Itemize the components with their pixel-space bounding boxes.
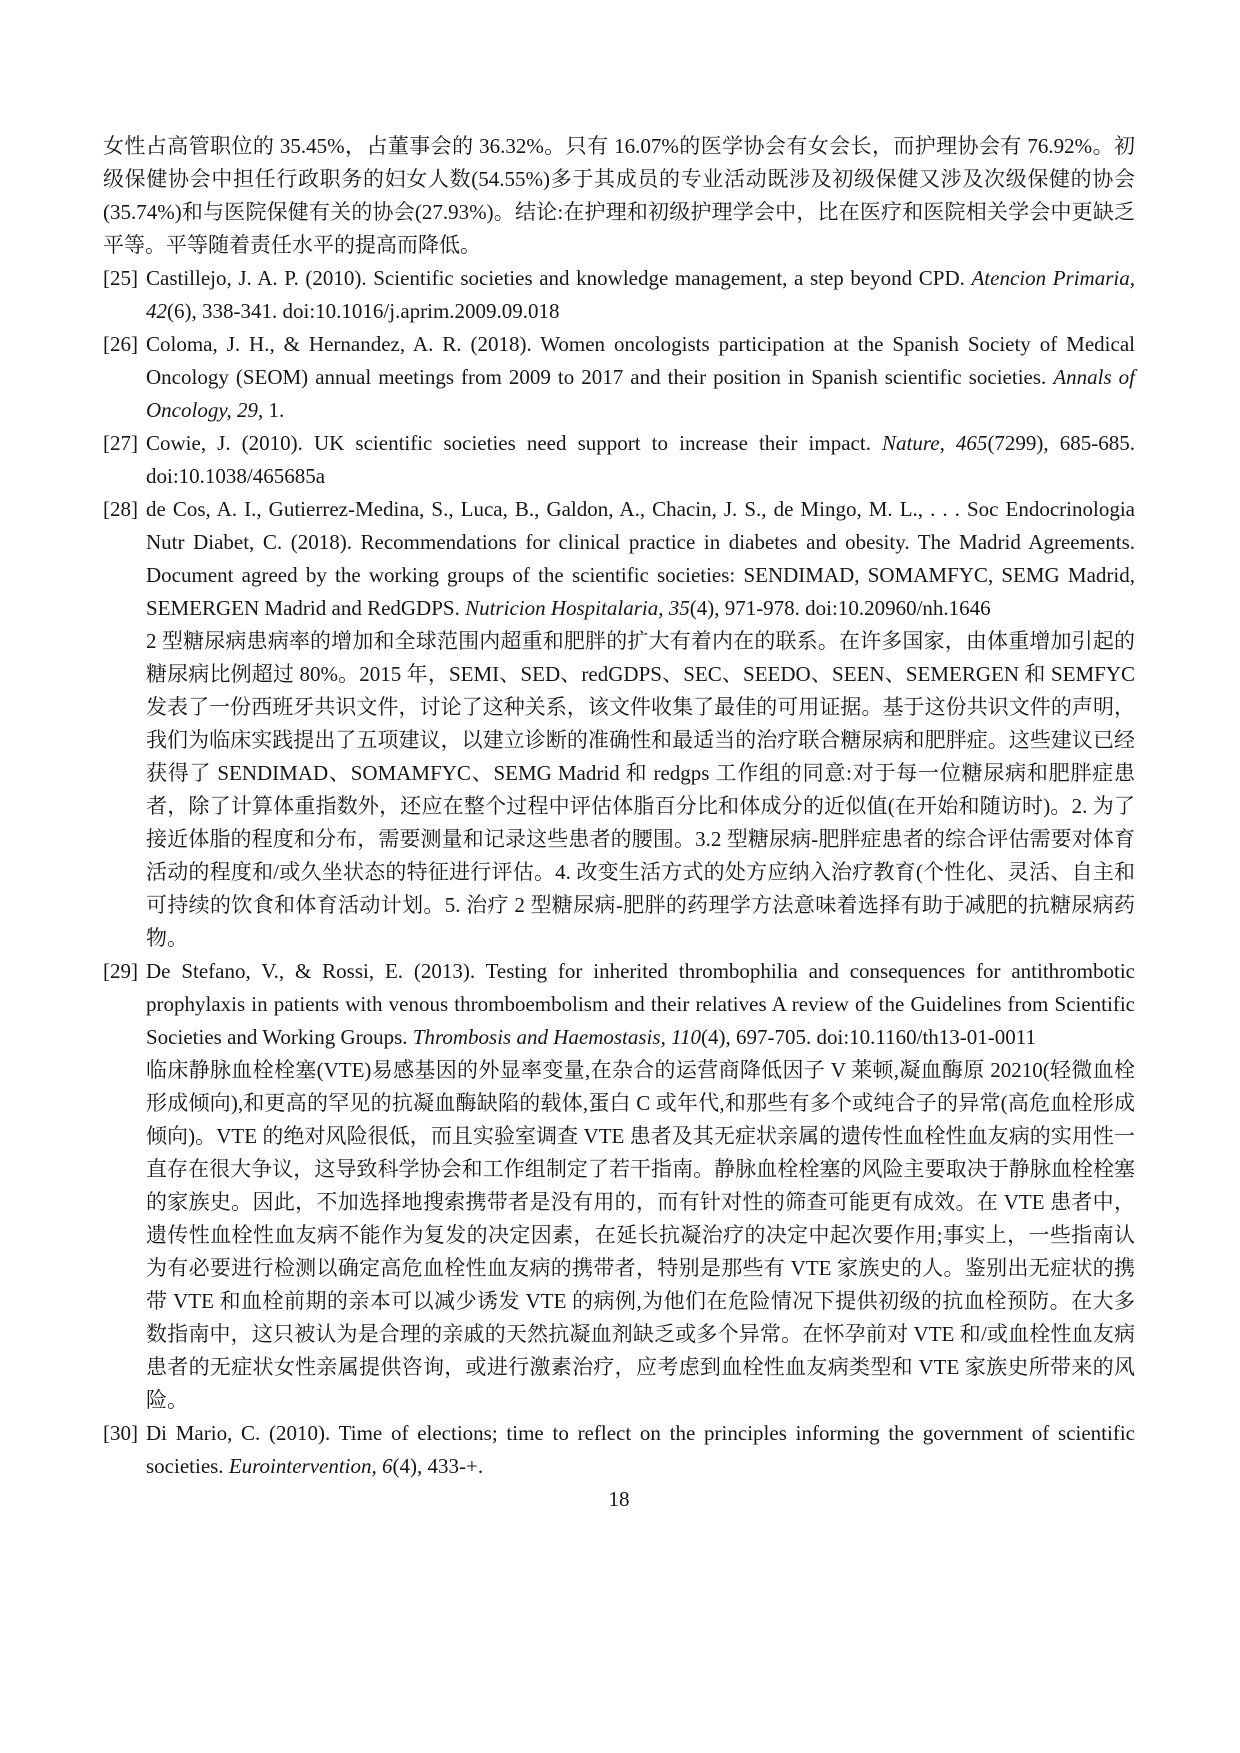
journal-title: Nature, 465 bbox=[882, 431, 987, 455]
reference-item: [25]Castillejo, J. A. P. (2010). Scienti… bbox=[103, 262, 1135, 328]
reference-citation: [25]Castillejo, J. A. P. (2010). Scienti… bbox=[103, 262, 1135, 328]
journal-title: Thrombosis and Haemostasis, 110 bbox=[413, 1025, 701, 1049]
reference-item: [26]Coloma, J. H., & Hernandez, A. R. (2… bbox=[103, 328, 1135, 427]
citation-text: (4), 971-978. doi:10.20960/nh.1646 bbox=[690, 596, 991, 620]
reference-number: [26] bbox=[103, 328, 146, 361]
reference-item: [29]De Stefano, V., & Rossi, E. (2013). … bbox=[103, 955, 1135, 1417]
reference-citation: [26]Coloma, J. H., & Hernandez, A. R. (2… bbox=[103, 328, 1135, 427]
reference-item: [27]Cowie, J. (2010). UK scientific soci… bbox=[103, 427, 1135, 493]
citation-text: (6), 338-341. doi:10.1016/j.aprim.2009.0… bbox=[167, 299, 560, 323]
document-page: 女性占高管职位的 35.45%，占董事会的 36.32%。只有 16.07%的医… bbox=[0, 0, 1240, 1753]
citation-text: (4), 433-+. bbox=[393, 1454, 484, 1478]
journal-title: Eurointervention, 6 bbox=[229, 1454, 393, 1478]
journal-title: Nutricion Hospitalaria, 35 bbox=[465, 596, 690, 620]
page-content: 女性占高管职位的 35.45%，占董事会的 36.32%。只有 16.07%的医… bbox=[103, 130, 1135, 1516]
continued-abstract-paragraph: 女性占高管职位的 35.45%，占董事会的 36.32%。只有 16.07%的医… bbox=[103, 130, 1135, 262]
reference-citation: [29]De Stefano, V., & Rossi, E. (2013). … bbox=[103, 955, 1135, 1054]
citation-text: , 1. bbox=[258, 398, 284, 422]
reference-number: [28] bbox=[103, 493, 146, 526]
citation-text: Coloma, J. H., & Hernandez, A. R. (2018)… bbox=[146, 332, 1135, 389]
reference-abstract: 2 型糖尿病患病率的增加和全球范围内超重和肥胖的扩大有着内在的联系。在许多国家，… bbox=[103, 625, 1135, 955]
reference-abstract: 临床静脉血栓栓塞(VTE)易感基因的外显率变量,在杂合的运营商降低因子 V 莱顿… bbox=[103, 1054, 1135, 1417]
reference-number: [29] bbox=[103, 955, 146, 988]
reference-citation: [28]de Cos, A. I., Gutierrez-Medina, S.,… bbox=[103, 493, 1135, 625]
reference-list: [25]Castillejo, J. A. P. (2010). Scienti… bbox=[103, 262, 1135, 1483]
page-number: 18 bbox=[103, 1483, 1135, 1516]
reference-number: [25] bbox=[103, 262, 146, 295]
citation-text: (4), 697-705. doi:10.1160/th13-01-0011 bbox=[701, 1025, 1036, 1049]
reference-number: [30] bbox=[103, 1417, 146, 1450]
reference-citation: [27]Cowie, J. (2010). UK scientific soci… bbox=[103, 427, 1135, 493]
reference-item: [30]Di Mario, C. (2010). Time of electio… bbox=[103, 1417, 1135, 1483]
reference-item: [28]de Cos, A. I., Gutierrez-Medina, S.,… bbox=[103, 493, 1135, 955]
citation-text: Castillejo, J. A. P. (2010). Scientific … bbox=[146, 266, 971, 290]
reference-number: [27] bbox=[103, 427, 146, 460]
reference-citation: [30]Di Mario, C. (2010). Time of electio… bbox=[103, 1417, 1135, 1483]
citation-text: Cowie, J. (2010). UK scientific societie… bbox=[146, 431, 882, 455]
